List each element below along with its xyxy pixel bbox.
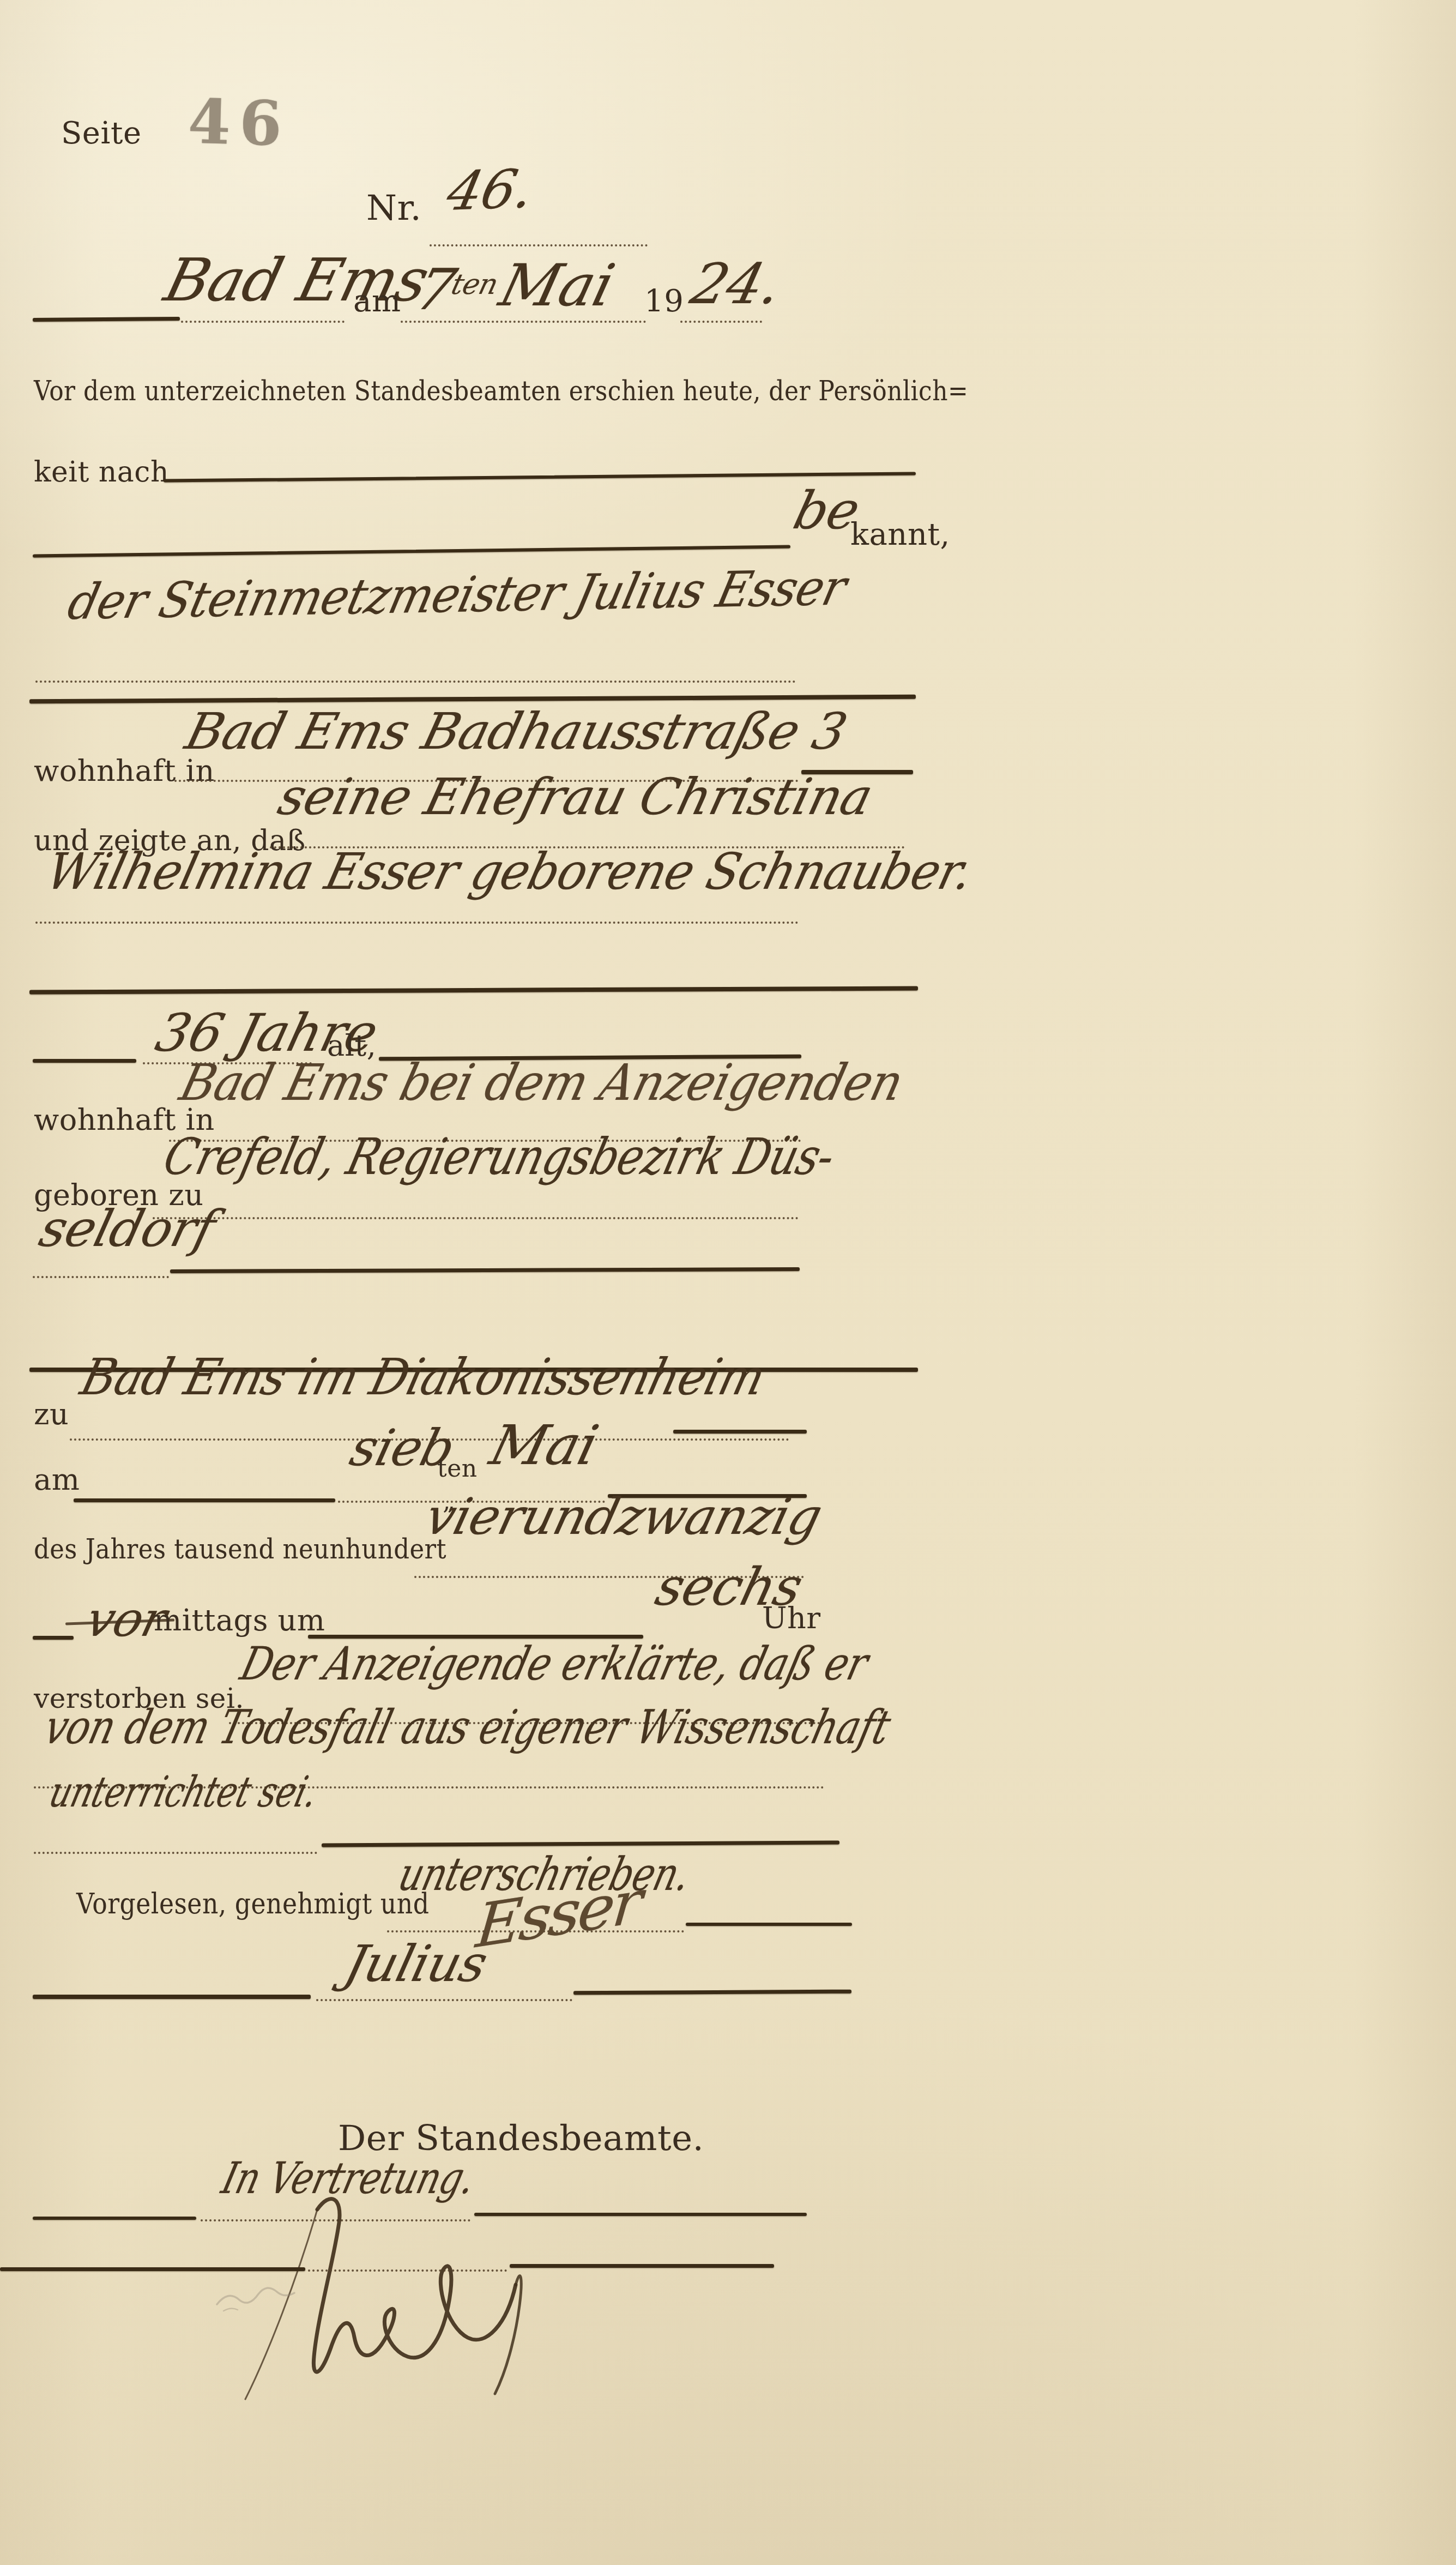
declarant-underline	[35, 681, 796, 683]
age-rule-left	[33, 1059, 136, 1063]
pencil-mark	[213, 2279, 305, 2317]
birthplace-line2-value: seldorf	[34, 1200, 221, 1258]
zu-label: zu	[34, 1397, 69, 1431]
death-place-value: Bad Ems im Diakonissenheim	[75, 1348, 771, 1406]
year-value: 24.	[685, 252, 788, 317]
nr-value: 46.	[442, 158, 539, 223]
am-rule-left	[74, 1498, 335, 1502]
nr-label: Nr.	[366, 188, 421, 228]
statement-line3-value: unterrichtet sei.	[45, 1768, 322, 1817]
vertretung-rule-left	[33, 2217, 196, 2220]
sig2-rule-left	[0, 2267, 305, 2271]
sig2-rule-right	[510, 2264, 774, 2268]
date-underline-3	[680, 321, 762, 323]
statement-line2-value: von dem Todesfall aus eigener Wissenscha…	[39, 1700, 896, 1755]
deceased-line2-underline	[35, 922, 799, 924]
statement-line3-underline	[34, 1852, 317, 1854]
birthplace-rule-right	[170, 1267, 800, 1273]
ten-label: ten	[437, 1455, 478, 1483]
bekannt-rule	[33, 545, 790, 558]
deceased-line2-value: Wilhelmina Esser geborene Schnauber.	[41, 842, 978, 901]
uhr-label: Uhr	[762, 1601, 821, 1635]
intro-line-1: Vor dem unterzeichneten Standesbeamten e…	[34, 375, 968, 407]
page-number-stamp: 46	[187, 86, 291, 160]
section-rule-2	[29, 986, 918, 994]
am-label: am	[353, 284, 401, 319]
date-underline-2	[401, 321, 646, 323]
day-suffix-value: ten	[448, 268, 501, 301]
date-underline-1	[181, 321, 345, 323]
sig2-underline	[308, 2269, 507, 2272]
residence2-value: Bad Ems bei dem Anzeigenden	[174, 1053, 909, 1112]
signature-rule-left	[33, 1995, 311, 1999]
year-words-value: vierundzwanzig	[420, 1488, 827, 1546]
register-page-scan: Seite 46 Nr. 46. Bad Ems am 7 ten Mai 19…	[0, 0, 1456, 2565]
death-month-value: Mai	[484, 1413, 604, 1477]
signature-rule-right	[573, 1990, 851, 1995]
year-printed: 19	[644, 284, 684, 319]
signature-first-value: Julius	[339, 1935, 493, 1993]
jahres-label: des Jahres tausend neunhundert	[34, 1533, 446, 1565]
month-value: Mai	[493, 252, 620, 319]
vorgelesen-label: Vorgelesen, genehmigt und	[76, 1888, 429, 1920]
mittags-label: mittags um	[154, 1603, 325, 1637]
kannt-label: kannt,	[850, 517, 950, 552]
birthplace-line1-value: Crefeld, Regierungsbezirk Düs-	[158, 1128, 840, 1186]
declarant-value: der Steinmetzmeister Julius Esser	[63, 559, 851, 631]
death-place-rule-right	[673, 1430, 807, 1434]
signature-underline	[316, 1999, 572, 2001]
nr-underline	[430, 244, 648, 246]
birthplace-line1-underline	[153, 1217, 799, 1219]
statement-rule-right	[322, 1841, 839, 1847]
date-rule-left	[33, 317, 180, 322]
mittags-rule-left	[33, 1636, 74, 1640]
birthplace-line2-underline	[33, 1276, 169, 1278]
unterschrieben-rule-right	[686, 1923, 852, 1926]
deceased-line1-value: seine Ehefrau Christina	[273, 768, 878, 826]
am2-label: am	[34, 1462, 80, 1497]
residence-value: Bad Ems Badhausstraße 3	[180, 702, 853, 761]
statement-line1-value: Der Anzeigende erklärte, daß er	[235, 1637, 873, 1690]
seite-label: Seite	[61, 116, 142, 151]
intro-line-2: keit nach	[34, 456, 169, 489]
